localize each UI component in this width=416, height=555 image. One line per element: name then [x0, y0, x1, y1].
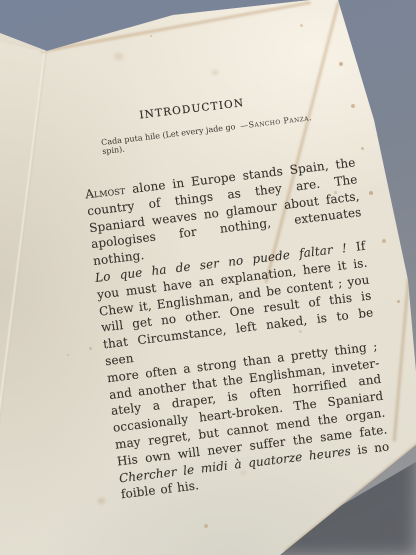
book-page: INTRODUCTION Cada puta hile (Let every j…	[0, 0, 416, 555]
foxing-spot	[204, 524, 208, 528]
foxing-spot	[300, 24, 303, 27]
body-paragraph: Almost alone in Europe stands Spain, the…	[84, 154, 392, 503]
foxing-spot	[351, 104, 355, 108]
foxing-spot	[382, 239, 386, 243]
book-photo: INTRODUCTION Cada puta hile (Let every j…	[0, 0, 416, 555]
epigraph-quote: Cada puta hile (Let every jade go spin).	[101, 122, 242, 156]
foxing-spot	[114, 53, 123, 60]
page-text: INTRODUCTION Cada puta hile (Let every j…	[76, 85, 392, 504]
foxing-spot	[67, 354, 69, 356]
foxing-spot	[369, 191, 373, 195]
page-edge-toning	[393, 278, 410, 442]
foxing-spot	[98, 498, 105, 504]
epigraph-attribution: —Sancho Panza.	[240, 113, 313, 130]
foxing-spot	[150, 35, 152, 37]
page-crease	[0, 51, 47, 534]
page-edge-toning	[41, 1, 311, 53]
foxing-spot	[95, 29, 98, 32]
foxing-spot	[339, 62, 343, 66]
foxing-spot	[212, 70, 218, 75]
foxing-spot	[397, 300, 400, 303]
foxing-spot	[361, 147, 364, 150]
foxing-spot	[89, 347, 92, 350]
